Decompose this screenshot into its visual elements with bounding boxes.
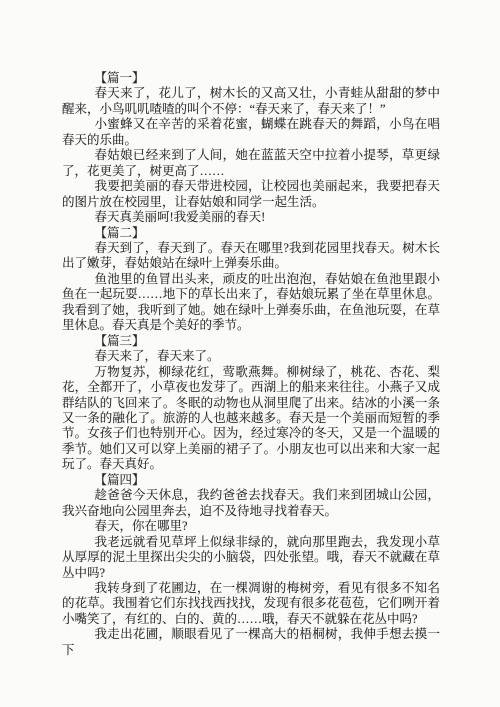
paragraph: 春天来了，春天来了。 [62,349,440,364]
paragraph: 我老远就看见草坪上似绿非绿的，就向那里跑去，我发现小草从厚厚的泥土里探出尖尖的小… [62,535,440,581]
paragraph: 春天，你在哪里? [62,519,440,534]
paragraph: 我转身到了花圃边，在一棵凋谢的梅树旁，看见有很多不知名的花草。我围着它们东找找西… [62,581,440,627]
paragraph: 小蜜蜂又在辛苦的采着花蜜，蝴蝶在跳春天的舞蹈，小鸟在唱春天的乐曲。 [62,117,440,148]
paragraph: 万物复苏，柳绿花红，莺歌燕舞。柳树绿了，桃花、杏花、梨花，全都开了，小草夜也发芽… [62,365,440,473]
paragraph: 春姑娘已经来到了人间，她在蓝蓝天空中拉着小提琴，草更绿了，花更美了，树更高了…… [62,148,440,179]
document-body: 【篇一】春天来了，花儿了，树木长的又高又壮，小青蛙从甜甜的梦中醒来，小鸟叽叽喳喳… [62,71,440,658]
section-heading: 【篇二】 [62,226,440,241]
paragraph: 趁爸爸今天休息，我约爸爸去找春天。我们来到团城山公园，我兴奋地向公园里奔去，迫不… [62,488,440,519]
section-heading: 【篇三】 [62,334,440,349]
document-page: 【篇一】春天来了，花儿了，树木长的又高又壮，小青蛙从甜甜的梦中醒来，小鸟叽叽喳喳… [0,0,500,707]
section-heading: 【篇四】 [62,473,440,488]
section-heading: 【篇一】 [62,71,440,86]
paragraph: 我走出花圃，顺眼看见了一棵高大的梧桐树，我伸手想去摸一下 [62,627,440,658]
paragraph: 春天真美丽呵!我爱美丽的春天! [62,210,440,225]
paragraph: 春天到了，春天到了。春天在哪里?我到花园里找春天。树木长出了嫩芽，春姑娘站在绿叶… [62,241,440,272]
paragraph: 春天来了，花儿了，树木长的又高又壮，小青蛙从甜甜的梦中醒来，小鸟叽叽喳喳的叫个不… [62,86,440,117]
paragraph: 我要把美丽的春天带进校园，让校园也美丽起来，我要把春天的图片放在校园里，让春姑娘… [62,179,440,210]
paragraph: 鱼池里的鱼冒出头来，顽皮的吐出泡泡，春姑娘在鱼池里跟小鱼在一起玩耍……地下的草长… [62,272,440,334]
